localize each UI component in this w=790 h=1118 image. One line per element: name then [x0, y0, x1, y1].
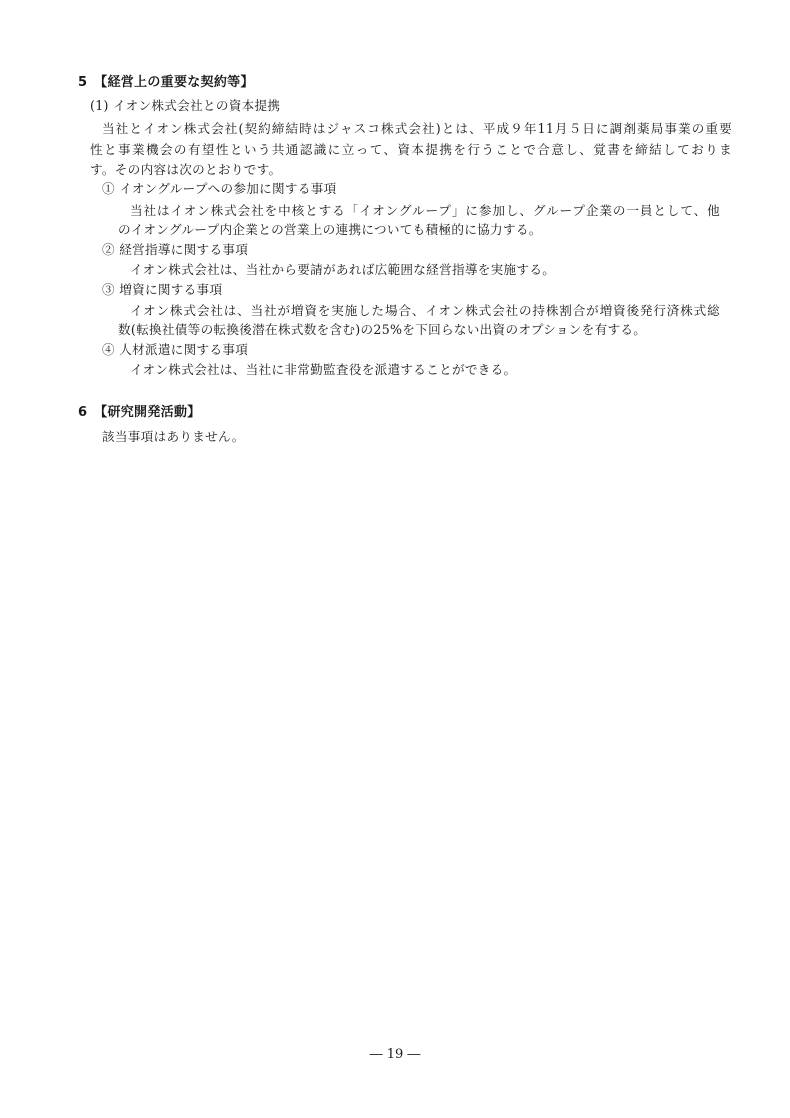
paragraph-line: す。その内容は次のとおりです。: [90, 160, 281, 180]
item-1-line: のイオングループ内企業との営業上の連携についても積極的に協力する。: [118, 220, 542, 240]
item-1-title: ① イオングループへの参加に関する事項: [102, 179, 337, 199]
item-4-line: イオン株式会社は、当社に非常勤監査役を派遣することができる。: [130, 360, 516, 380]
paragraph-line: 性と事業機会の有望性という共通認識に立って、資本提携を行うことで合意し、覚書を締…: [90, 140, 732, 160]
section-5-heading: 5 【経営上の重要な契約等】: [78, 73, 254, 93]
paragraph-line: 当社とイオン株式会社(契約締結時はジャスコ株式会社)とは、平成９年11月５日に調…: [102, 119, 732, 139]
item-3-line: 数(転換社債等の転換後潜在株式数を含む)の25%を下回らない出資のオプションを有…: [118, 320, 646, 340]
section-6-heading: 6 【研究開発活動】: [78, 403, 201, 423]
item-2-line: イオン株式会社は、当社から要請があれば広範囲な経営指導を実施する。: [130, 260, 555, 280]
section-6-body: 該当事項はありません。: [102, 427, 245, 447]
item-4-title: ④ 人材派遣に関する事項: [102, 340, 248, 360]
item-2-title: ② 経営指導に関する事項: [102, 240, 248, 260]
item-3-line: イオン株式会社は、当社が増資を実施した場合、イオン株式会社の持株割合が増資後発行…: [130, 301, 720, 321]
subsection-1-title: (1) イオン株式会社との資本提携: [90, 96, 280, 116]
item-3-title: ③ 増資に関する事項: [102, 280, 222, 300]
page-number: ― 19 ―: [0, 1047, 790, 1062]
item-1-line: 当社はイオン株式会社を中核とする「イオングループ」に参加し、グループ企業の一員と…: [130, 201, 720, 221]
